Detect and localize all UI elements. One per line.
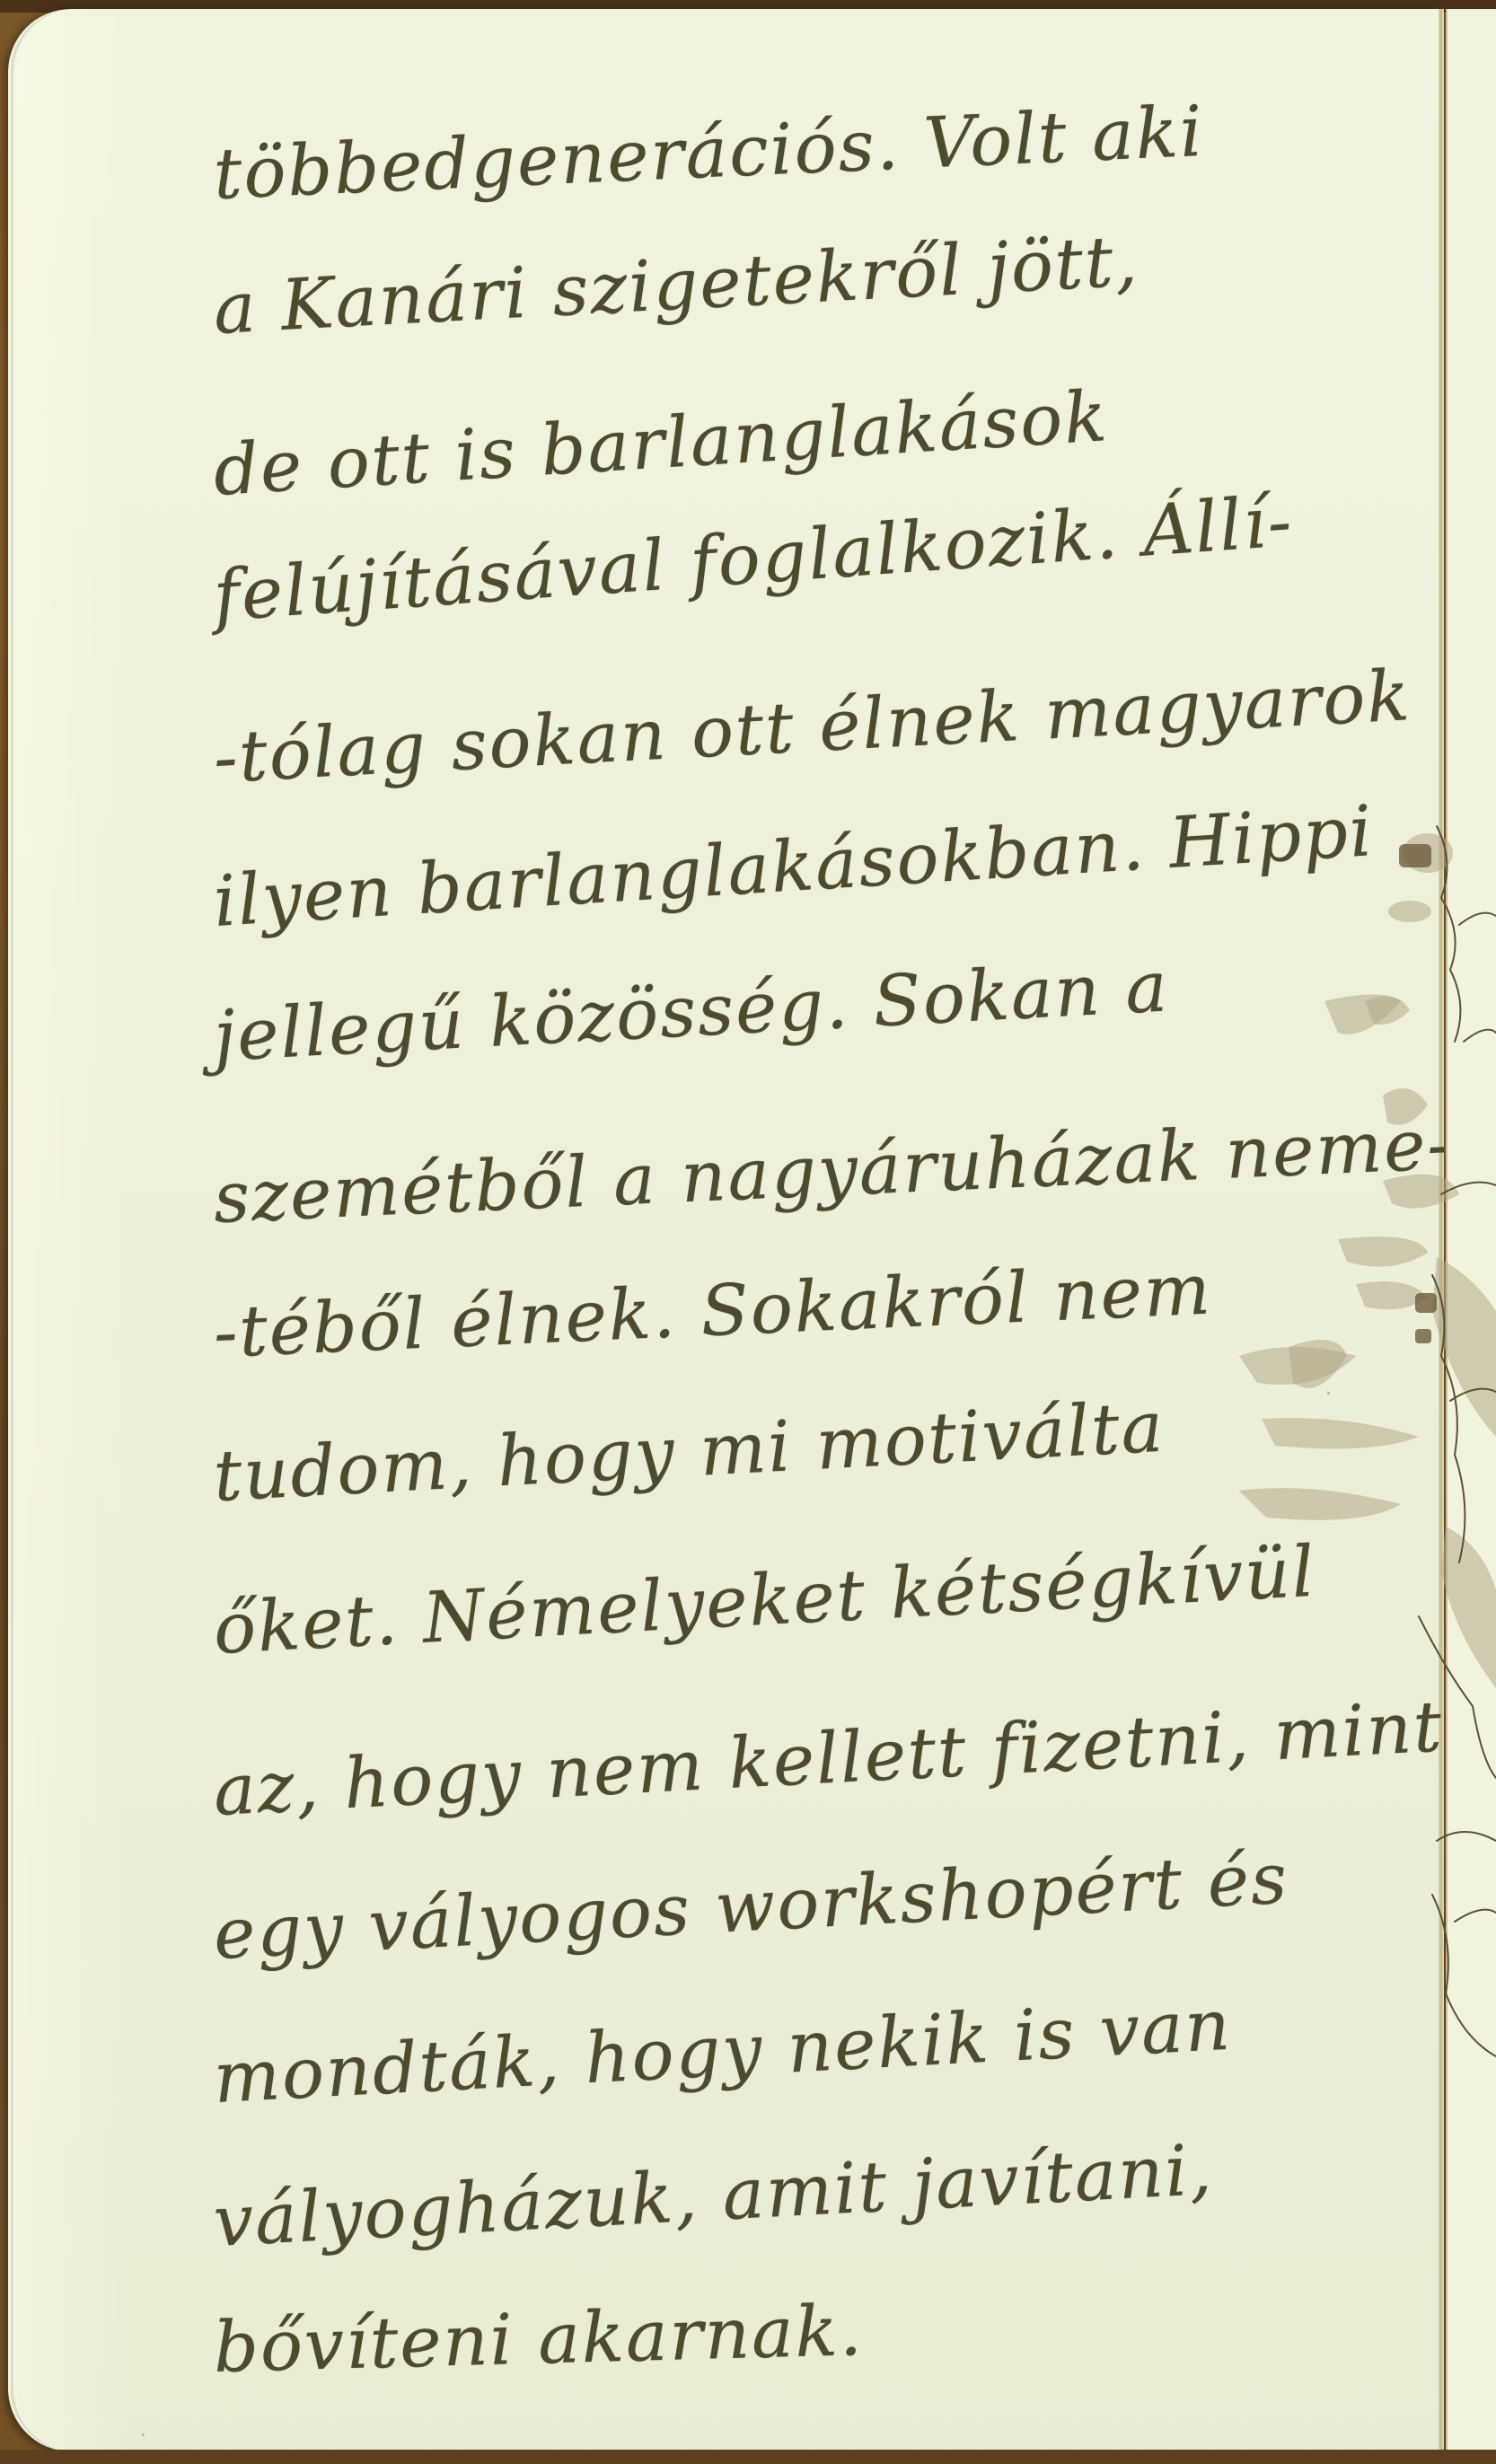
handwriting-line: de ott is barlanglakások [211, 376, 1111, 512]
handwriting-line: mondták, hogy nekik is van [212, 1985, 1234, 2119]
notebook-page-right [1446, 9, 1496, 2460]
handwriting-line: vályogházuk, amit javítani, [212, 2130, 1216, 2263]
handwriting-line: jellegű közösség. Sokan a [212, 946, 1171, 1078]
page-gutter [1439, 9, 1444, 2451]
handwriting-line: őket. Némelyeket kétségkívül [212, 1532, 1318, 1670]
paper-speck [142, 2433, 145, 2436]
handwriting-line: ilyen barlanglakásokban. Hippi [211, 791, 1376, 943]
notebook-page-left: többedgenerációs. Volt aki a Kanári szig… [16, 9, 1444, 2451]
handwriting-line: -téből élnek. Sokakról nem [212, 1250, 1213, 1374]
handwriting-line: a Kanári szigetekről jött, [212, 221, 1141, 350]
handwriting-line: egy vályogos workshopért és [212, 1838, 1290, 1976]
handwriting-line: bővíteni akarnak. [213, 2291, 865, 2389]
handwriting-line: többedgenerációs. Volt aki [212, 92, 1206, 216]
handwriting-line: -tólag sokan ott élnek magyarok [212, 656, 1413, 799]
desk-background-bottom [0, 2450, 1496, 2464]
handwriting-line: felújításával foglalkozik. Állí- [211, 481, 1296, 638]
handwriting-line: az, hogy nem kellett fizetni, mint [212, 1686, 1444, 1832]
handwriting-line: tudom, hogy mi motiválta [212, 1387, 1167, 1518]
handwriting-line: szemétből a nagyáruházak neme- [212, 1104, 1444, 1239]
paper-speck [1327, 1392, 1330, 1395]
